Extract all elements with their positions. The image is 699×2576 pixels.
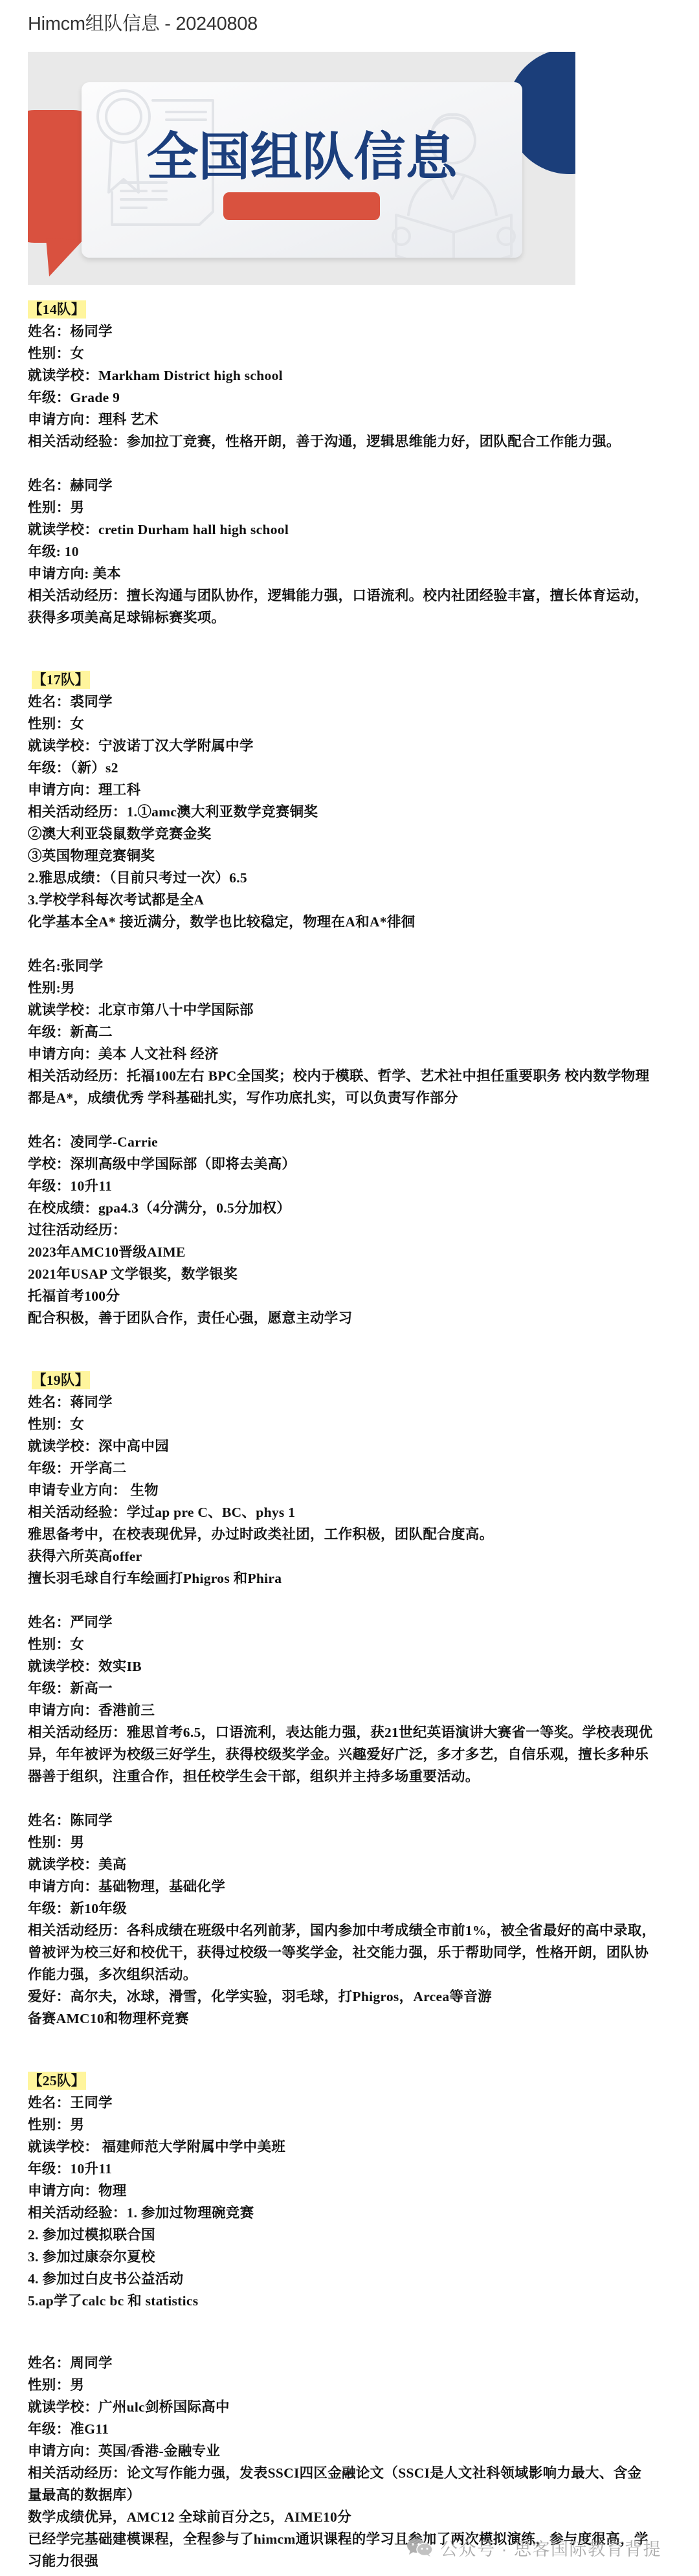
member-activities: 相关活动经历：各科成绩在班级中名列前茅，国内参加中考成绩全市前1%，被全省最好的…	[28, 1920, 688, 1942]
member-school: 就读学校：美高	[28, 1854, 688, 1876]
member-application-direction: 申请方向: 美本	[28, 563, 688, 585]
member-gender: 性别：男	[28, 1831, 688, 1854]
member-name: 姓名：裘同学	[28, 691, 688, 713]
member-name: 姓名：严同学	[28, 1611, 688, 1633]
member-card: 姓名：凌同学-Carrie 学校：深圳高级中学国际部（即将去美高） 年级：10升…	[28, 1131, 688, 1329]
member-school: 就读学校： 福建师范大学附属中学中美班	[28, 2136, 688, 2158]
member-activities: 相关活动经验：学过ap pre C、BC、phys 1	[28, 1501, 688, 1523]
member-activity-item: 2021年USAP 文学银奖，数学银奖	[28, 1263, 688, 1285]
member-application-direction: 申请专业方向： 生物	[28, 1479, 688, 1501]
member-activities-continued: 量最高的数据库）	[28, 2484, 688, 2506]
member-grade: 年级：准G11	[28, 2418, 688, 2440]
member-grade: 年级：新高一	[28, 1677, 688, 1699]
member-gender: 性别：男	[28, 497, 688, 519]
member-name: 姓名：赫同学	[28, 475, 688, 497]
member-application-direction: 申请方向：英国/香港-金融专业	[28, 2440, 688, 2462]
member-activity-item: 2023年AMC10晋级AIME	[28, 1241, 688, 1263]
member-gender: 性别:男	[28, 977, 688, 999]
banner-heading: 全国组队信息	[82, 129, 522, 186]
member-name: 姓名：王同学	[28, 2092, 688, 2114]
member-activities-continued: 获得多项美高足球锦标赛奖项。	[28, 607, 688, 629]
member-school: 就读学校：广州ulc剑桥国际高中	[28, 2396, 688, 2418]
member-application-direction: 申请方向：理工科	[28, 779, 688, 801]
member-school-grades: 3.学校学科每次考试都是全A	[28, 889, 688, 911]
section-spacer	[28, 2312, 688, 2352]
blank-line	[28, 453, 688, 475]
member-activities-continued: 器善于组织，注重合作，担任校学生会干部，组织并主持多场重要活动。	[28, 1765, 688, 1787]
member-name: 姓名：杨同学	[28, 320, 688, 342]
member-school: 就读学校：深中高中园	[28, 1435, 688, 1457]
team-section: 【17队】 姓名：裘同学 性别：女 就读学校：宁波诺丁汉大学附属中学 年级：（新…	[28, 669, 688, 1329]
member-gender: 性别：女	[28, 1633, 688, 1655]
member-card: 姓名：陈同学 性别：男 就读学校：美高 申请方向：基础物理，基础化学 年级：新1…	[28, 1809, 688, 2030]
member-grade: 年级：新高二	[28, 1021, 688, 1043]
watermark-text: 公众号 · 思客国际教育背提	[440, 2535, 661, 2560]
member-activity-item: ②澳大利亚袋鼠数学竞赛金奖	[28, 823, 688, 845]
member-activity-item: 数学成绩优异，AMC12 全球前百分之5，AIME10分	[28, 2506, 688, 2528]
member-activities: 相关活动经历：托福100左右 BPC全国奖；校内于模联、哲学、艺术社中担任重要职…	[28, 1065, 688, 1087]
member-activity-item: 3. 参加过康奈尔夏校	[28, 2246, 688, 2268]
watermark: 公众号 · 思客国际教育背提	[406, 2537, 661, 2559]
member-grade: 年级：10升11	[28, 2158, 688, 2180]
member-school: 就读学校：Markham District high school	[28, 364, 688, 386]
member-activities: 相关活动经验：参加拉丁竞赛，性格开朗，善于沟通，逻辑思维能力好，团队配合工作能力…	[28, 431, 688, 453]
member-activities: 相关活动经历：擅长沟通与团队协作，逻辑能力强，口语流利。校内社团经验丰富，擅长体…	[28, 585, 688, 607]
team-label-row: 【19队】	[28, 1369, 688, 1391]
team-label-row: 【14队】	[28, 298, 688, 320]
member-activities: 过往活动经历：	[28, 1219, 688, 1241]
member-gpa: 在校成绩：gpa4.3（4分满分，0.5分加权）	[28, 1197, 688, 1219]
wechat-icon	[406, 2538, 434, 2557]
member-gender: 性别：女	[28, 342, 688, 364]
member-card: 姓名:张同学 性别:男 就读学校：北京市第八十中学国际部 年级：新高二 申请方向…	[28, 955, 688, 1109]
member-grade: 年级：Grade 9	[28, 386, 688, 409]
member-card: 姓名：杨同学 性别：女 就读学校：Markham District high s…	[28, 320, 688, 453]
member-activity-item: 备赛AMC10和物理杯竞赛	[28, 2008, 688, 2030]
banner-card: 全国组队信息	[82, 82, 522, 258]
team-label: 【14队】	[28, 300, 86, 319]
section-spacer	[28, 629, 688, 669]
team-section: 【19队】 姓名：蒋同学 性别：女 就读学校：深中高中园 年级：开学高二 申请专…	[28, 1369, 688, 2030]
member-gender: 性别：女	[28, 713, 688, 735]
member-activities: 相关活动经历：雅思首考6.5，口语流利，表达能力强，获21世纪英语演讲大赛省一等…	[28, 1721, 688, 1743]
team-label: 【25队】	[28, 2072, 86, 2090]
member-gender: 性别：男	[28, 2114, 688, 2136]
member-card: 姓名：严同学 性别：女 就读学校：效实IB 年级：新高一 申请方向：香港前三 相…	[28, 1611, 688, 1787]
member-hobbies: 爱好：高尔夫，冰球，滑雪，化学实验，羽毛球，打Phigros，Arcea等音游	[28, 1986, 688, 2008]
team-section: 【25队】 姓名：王同学 性别：男 就读学校： 福建师范大学附属中学中美班 年级…	[28, 2070, 688, 2572]
member-school-grades-detail: 化学基本全A* 接近满分，数学也比较稳定，物理在A和A*徘徊	[28, 911, 688, 933]
member-activity-item: 5.ap学了calc bc 和 statistics	[28, 2290, 688, 2312]
member-school: 就读学校：效实IB	[28, 1655, 688, 1677]
member-activities: 相关活动经历：论文写作能力强，发表SSCI四区金融论文（SSCI是人文社科领域影…	[28, 2462, 688, 2484]
blank-line	[28, 1589, 688, 1611]
member-gender: 性别：女	[28, 1413, 688, 1435]
member-activity-item: 4. 参加过白皮书公益活动	[28, 2268, 688, 2290]
member-school: 就读学校：cretin Durham hall high school	[28, 519, 688, 541]
member-name: 姓名：周同学	[28, 2352, 688, 2374]
member-grade: 年级：10升11	[28, 1175, 688, 1197]
member-school: 就读学校：宁波诺丁汉大学附属中学	[28, 735, 688, 757]
team-label-row: 【25队】	[28, 2070, 688, 2092]
member-hobbies: 擅长羽毛球自行车绘画打Phigros 和Phira	[28, 1567, 688, 1589]
member-gender: 性别：男	[28, 2374, 688, 2396]
member-name: 姓名：蒋同学	[28, 1391, 688, 1413]
section-spacer	[28, 1329, 688, 1369]
member-activity-item: 2. 参加过模拟联合国	[28, 2224, 688, 2246]
member-school: 学校：深圳高级中学国际部（即将去美高）	[28, 1153, 688, 1175]
team-label: 【17队】	[32, 671, 90, 689]
member-activities-continued: 曾被评为校三好和校优干，获得过校级一等奖学金，社交能力强，乐于帮助同学，性格开朗…	[28, 1942, 688, 1964]
member-application-direction: 申请方向：物理	[28, 2180, 688, 2202]
member-grade: 年级：（新）s2	[28, 757, 688, 779]
member-card: 姓名：赫同学 性别：男 就读学校：cretin Durham hall high…	[28, 475, 688, 629]
member-name: 姓名：凌同学-Carrie	[28, 1131, 688, 1153]
member-activity-item: ③英国物理竞赛铜奖	[28, 845, 688, 867]
member-name: 姓名：陈同学	[28, 1809, 688, 1831]
banner-image: 全国组队信息	[28, 52, 575, 285]
member-application-direction: 申请方向：美本 人文社科 经济	[28, 1043, 688, 1065]
member-card: 姓名：蒋同学 性别：女 就读学校：深中高中园 年级：开学高二 申请专业方向： 生…	[28, 1391, 688, 1589]
member-activity-item: 托福首考100分	[28, 1285, 688, 1307]
member-activities: 相关活动经历：1.①amc澳大利亚数学竞赛铜奖	[28, 801, 688, 823]
member-activity-item: 配合积极，善于团队合作，责任心强，愿意主动学习	[28, 1307, 688, 1329]
team-label: 【19队】	[32, 1371, 90, 1389]
member-grade: 年级: 10	[28, 541, 688, 563]
member-application-direction: 申请方向：香港前三	[28, 1699, 688, 1721]
member-card: 姓名：王同学 性别：男 就读学校： 福建师范大学附属中学中美班 年级：10升11…	[28, 2092, 688, 2312]
page-title: Himcm组队信息 - 20240808	[28, 10, 258, 38]
article-body: 【14队】 姓名：杨同学 性别：女 就读学校：Markham District …	[28, 298, 688, 2572]
member-ielts-score: 2.雅思成绩：（目前只考过一次）6.5	[28, 867, 688, 889]
member-application-direction: 申请方向：理科 艺术	[28, 409, 688, 431]
blank-line	[28, 933, 688, 955]
blank-line	[28, 1109, 688, 1131]
team-section: 【14队】 姓名：杨同学 性别：女 就读学校：Markham District …	[28, 298, 688, 629]
member-activities: 相关活动经验：1. 参加过物理碗竞赛	[28, 2202, 688, 2224]
blank-line	[28, 1787, 688, 1809]
member-school: 就读学校：北京市第八十中学国际部	[28, 999, 688, 1021]
member-activity-item: 获得六所英高offer	[28, 1545, 688, 1567]
member-activities-continued: 都是A*，成绩优秀 学科基础扎实，写作功底扎实，可以负责写作部分	[28, 1087, 688, 1109]
member-activity-item: 雅思备考中，在校表现优异，办过时政类社团，工作积极，团队配合度高。	[28, 1523, 688, 1545]
member-grade: 年级：新10年级	[28, 1898, 688, 1920]
member-grade: 年级：开学高二	[28, 1457, 688, 1479]
member-application-direction: 申请方向：基础物理，基础化学	[28, 1876, 688, 1898]
team-label-row: 【17队】	[28, 669, 688, 691]
member-activities-continued: 作能力强，多次组织活动。	[28, 1964, 688, 1986]
member-name: 姓名:张同学	[28, 955, 688, 977]
banner-accent-bar	[223, 192, 380, 220]
member-card: 姓名：裘同学 性别：女 就读学校：宁波诺丁汉大学附属中学 年级：（新）s2 申请…	[28, 691, 688, 933]
section-spacer	[28, 2030, 688, 2070]
member-activities-continued: 异，年年被评为校级三好学生，获得校级奖学金。兴趣爱好广泛，多才多艺，自信乐观，擅…	[28, 1743, 688, 1765]
